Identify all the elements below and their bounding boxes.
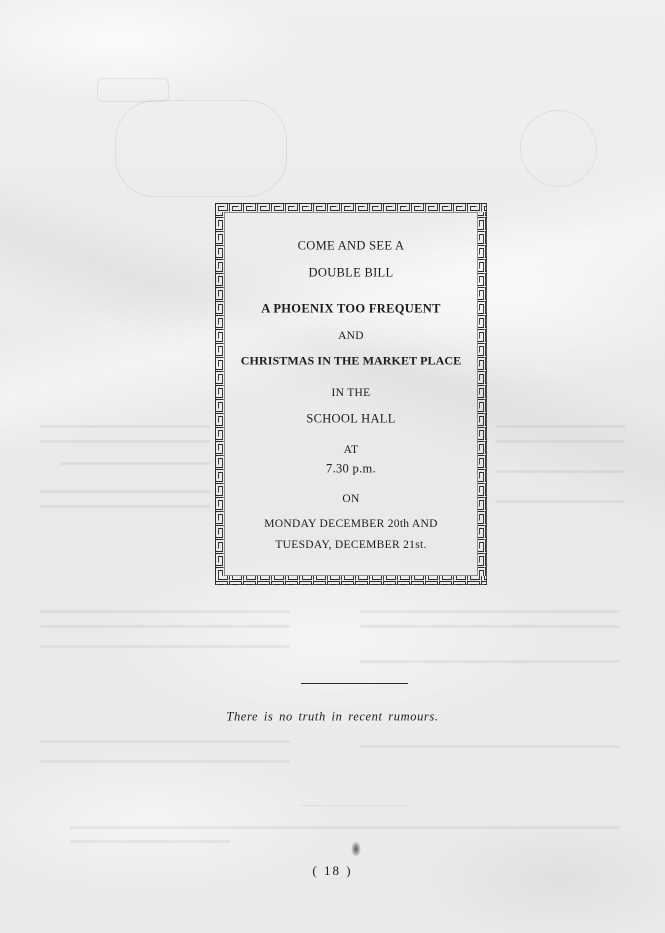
notice-date-1: MONDAY DECEMBER 20th AND [215,518,487,530]
ink-smudge [351,841,361,857]
play-title-1: A PHOENIX TOO FREQUENT [215,302,487,317]
notice-frame: COME AND SEE A DOUBLE BILL A PHOENIX TOO… [215,203,487,585]
play-title-2: CHRISTMAS IN THE MARKET PLACE [215,354,487,369]
notice-in-the: IN THE [215,387,487,399]
notice-at: AT [215,444,487,456]
notice-on: ON [215,493,487,505]
horizontal-rule [301,683,408,684]
notice-intro: COME AND SEE A [215,239,487,254]
page-number: ( 18 ) [0,863,665,879]
notice-double-bill: DOUBLE BILL [215,266,487,281]
closing-remark: There is no truth in recent rumours. [0,710,665,725]
notice-and: AND [215,330,487,342]
notice-date-2: TUESDAY, DECEMBER 21st. [215,539,487,551]
notice-venue: SCHOOL HALL [215,412,487,427]
notice-time: 7.30 p.m. [215,462,487,477]
